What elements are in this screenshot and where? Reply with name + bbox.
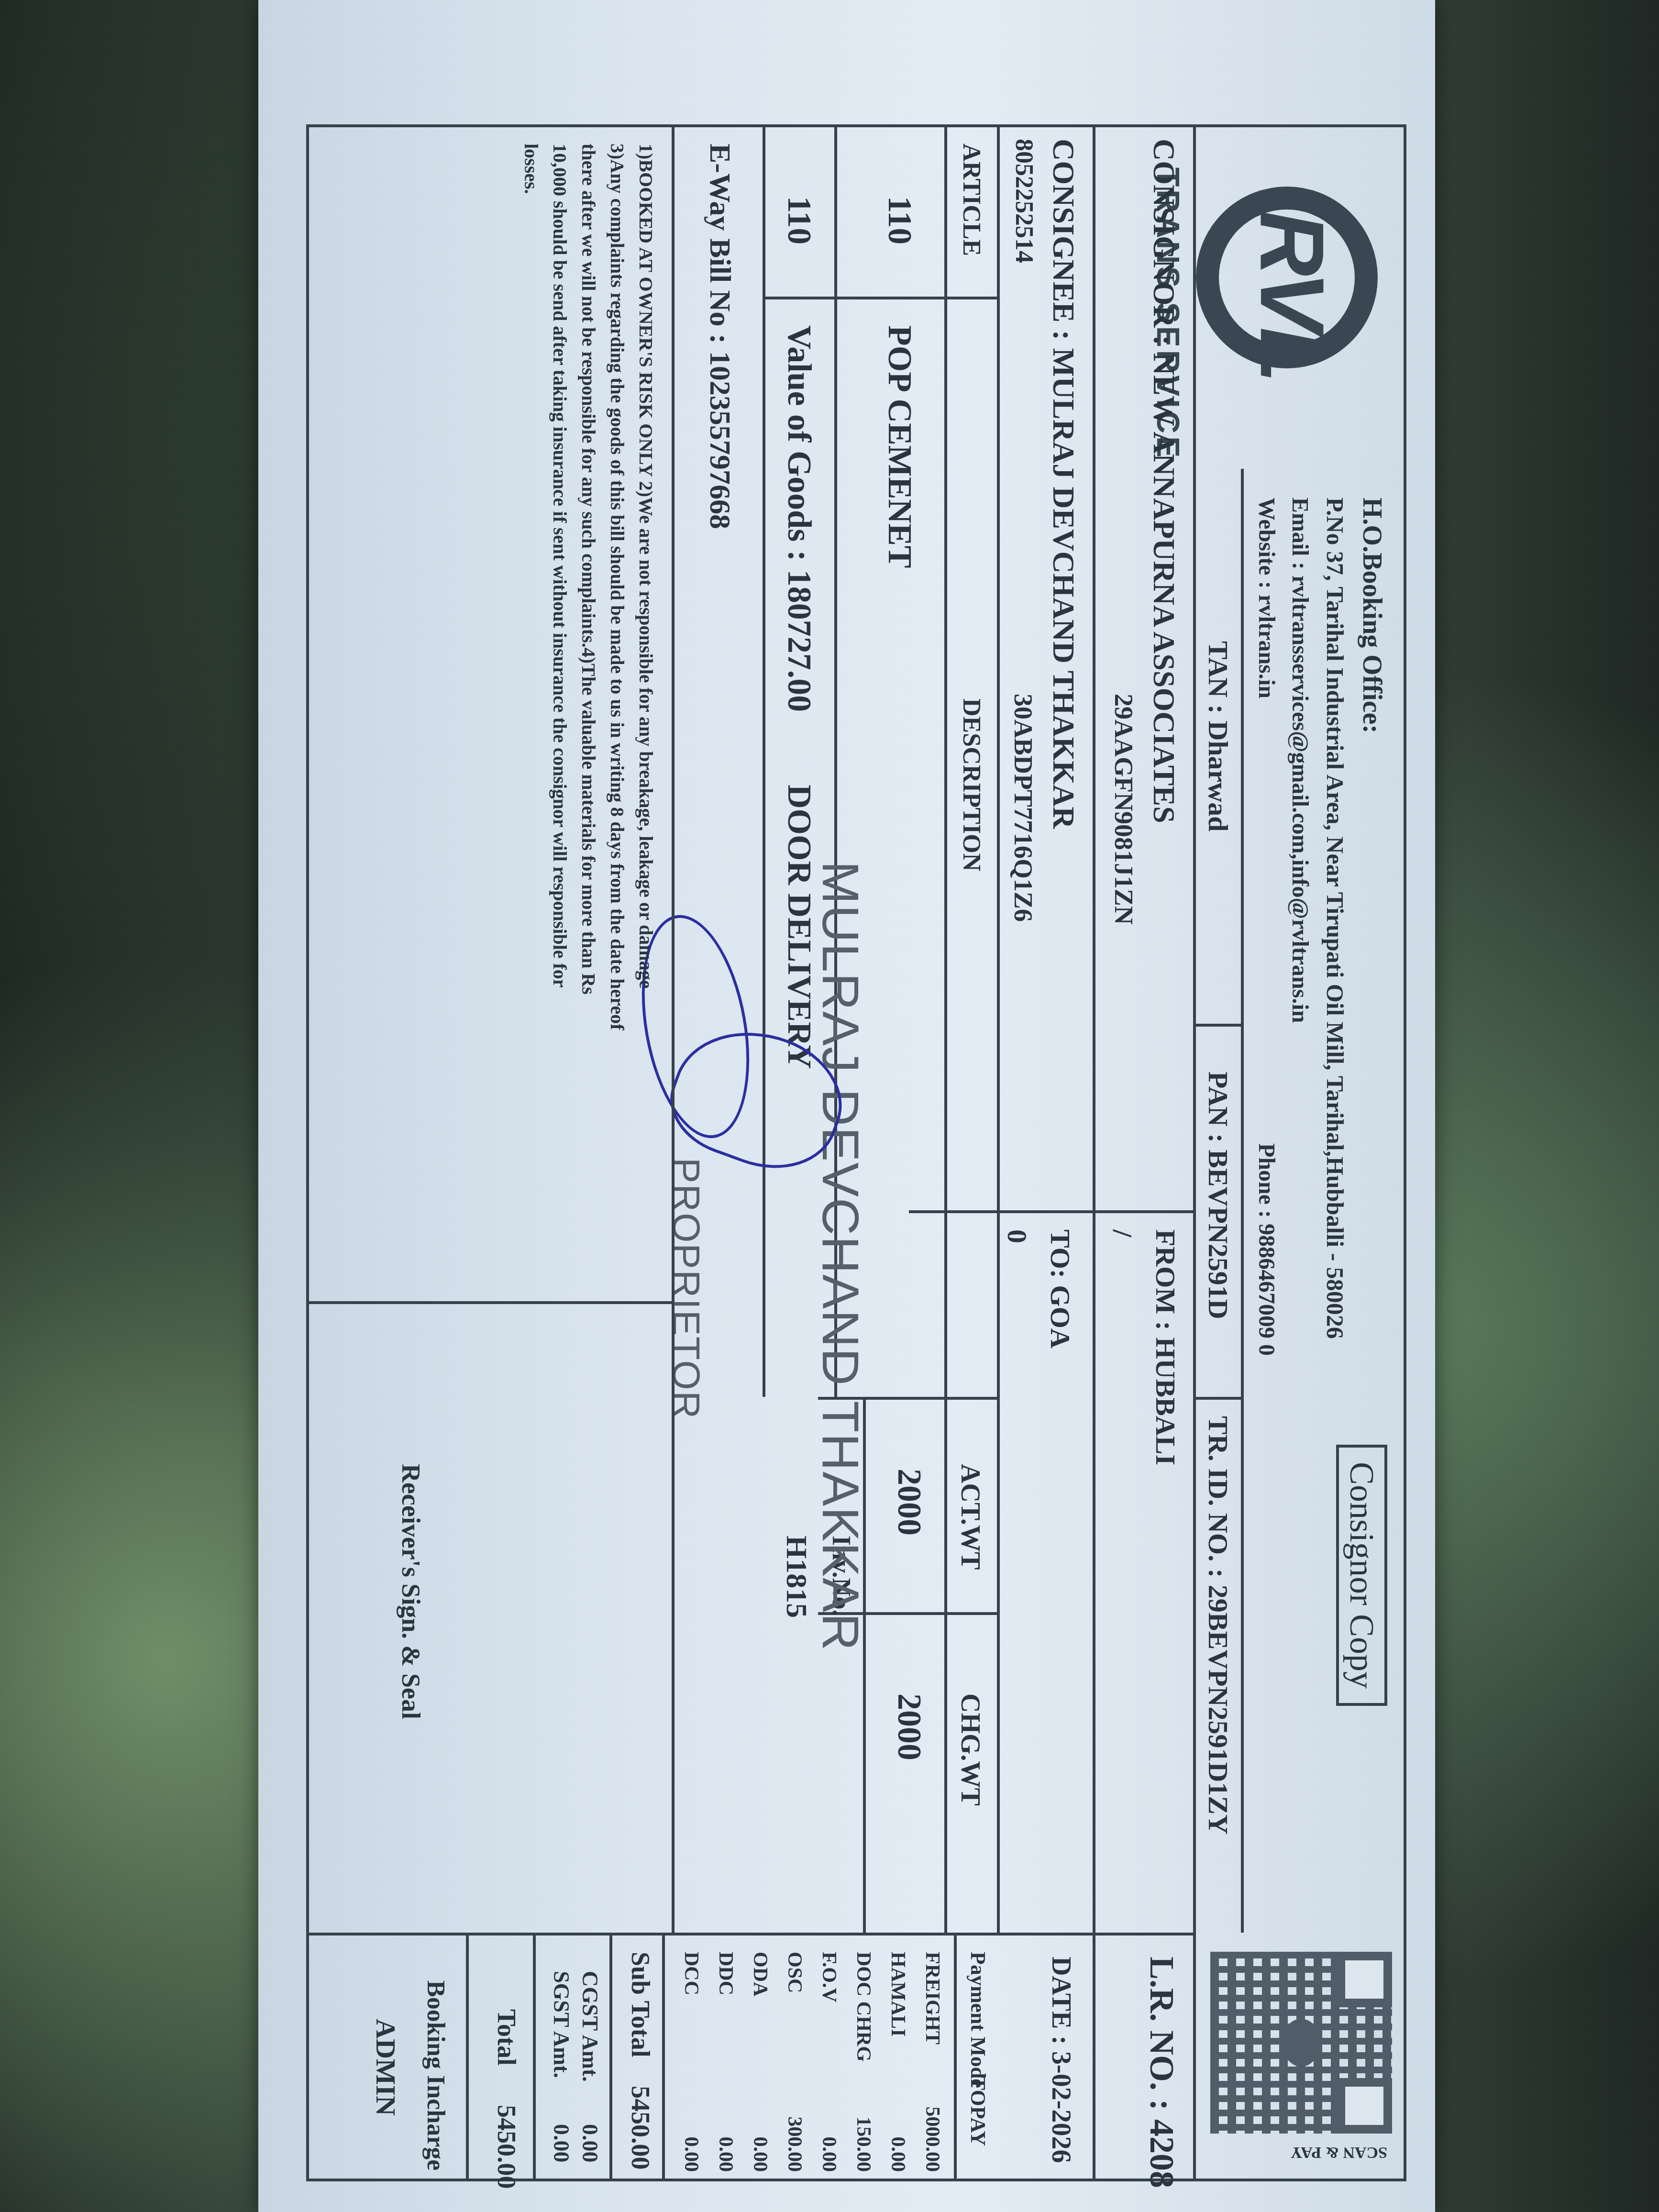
charge-amount: 150.00 — [846, 2117, 881, 2172]
terms-line: losses. — [517, 144, 545, 1030]
terms-line: there after we will not be responsible f… — [574, 144, 603, 1030]
booking-incharge-label: Booking Incharge — [421, 1980, 450, 2170]
logo-text: RVL — [1240, 210, 1344, 378]
divider — [306, 1933, 1072, 1935]
charge-label: F.O.V — [812, 1952, 846, 2002]
payment-mode-value: TOPAY — [966, 2076, 990, 2146]
charge-amount: 300.00 — [777, 2117, 812, 2172]
terms-line: 10,000 should be send after taking insur… — [545, 144, 574, 1030]
divider — [1193, 124, 1196, 2181]
charge-row: OSC300.00 — [777, 1952, 812, 2172]
header-description: DESCRIPTION — [957, 698, 985, 871]
payment-mode-label: Payment Mode — [966, 1952, 990, 2088]
pan-number: PAN : BEVPN2591D — [1202, 1072, 1234, 1319]
charge-amount: 0.00 — [674, 2137, 708, 2172]
header-act-wt: ACT.WT — [955, 1464, 985, 1570]
consignee-gstin: 30ABDPT7716Q1Z6 — [1008, 694, 1038, 922]
divider — [1196, 1024, 1244, 1027]
header-article: ARTICLE — [957, 144, 985, 256]
cgst-amount: 0.00 — [577, 2124, 603, 2163]
charge-label: OSC — [777, 1952, 812, 1993]
charges-list: FREIGHT5000.00HAMALI0.00DOC CHRG150.00F.… — [674, 1952, 950, 2172]
divider — [1093, 124, 1095, 2181]
total-label: Total — [492, 2009, 521, 2066]
row-act-wt: 2000 — [890, 1469, 928, 1536]
divider — [837, 297, 1000, 299]
lorry-receipt-document: RVL TRANS SERVICE H.O.Booking Office: P.… — [306, 124, 1406, 2181]
divider — [1196, 1397, 1244, 1400]
terms-line: 1)BOOKED AT OWNER'S RISK ONLY 2)We are n… — [631, 144, 660, 1030]
divider — [533, 1933, 536, 2181]
divider — [1241, 469, 1244, 1933]
divider — [763, 124, 765, 1397]
value-of-goods: Value of Goods : 180727.00 — [780, 325, 818, 712]
consignee-phone: 8052252514 — [1010, 139, 1038, 263]
divider — [466, 1933, 469, 2181]
sub-total-amount: 5450.00 — [626, 2086, 655, 2170]
charge-label: FREIGHT — [915, 1952, 950, 2045]
divider — [765, 297, 837, 299]
sgst-label: SGST Amt. — [549, 1971, 574, 2078]
charge-label: DOC CHRG — [846, 1952, 881, 2062]
divider — [662, 1933, 665, 2181]
charge-row: DCC0.00 — [674, 1952, 708, 2172]
lorry-receipt-paper: RVL TRANS SERVICE H.O.Booking Office: P.… — [258, 0, 1435, 2212]
eway-bill-number: E-Way Bill No : 102355797668 — [703, 144, 737, 529]
charge-amount: 0.00 — [881, 2137, 915, 2172]
head-office-phone: Phone : 9886467009 0 — [1253, 1143, 1280, 1356]
sub-total-label: Sub Total — [626, 1952, 655, 2057]
terms-line: 3)Any complaints regarding the goods of … — [603, 144, 631, 1030]
charge-amount: 0.00 — [812, 2137, 846, 2172]
divider — [1072, 1933, 1196, 1935]
header-chg-wt: CHG.WT — [955, 1693, 985, 1806]
tan-number: TAN : Dharwad — [1202, 641, 1234, 832]
consignee-name: CONSIGNEE : MULRAJ DEVCHAND THAKKAR — [1046, 139, 1081, 829]
qr-caption: SCAN & PAY — [1291, 2143, 1387, 2161]
lr-date: DATE : 3-02-2026 — [1046, 1957, 1076, 2163]
consignor-gstin: 29AAGFN9081J1ZN — [1109, 694, 1139, 925]
charge-amount: 0.00 — [708, 2137, 743, 2172]
value-row-article-count: 110 — [780, 196, 818, 244]
route-from-extra: / — [1106, 1229, 1139, 1237]
charge-row: HAMALI0.00 — [881, 1952, 915, 2172]
divider — [609, 1933, 612, 2181]
divider — [306, 1301, 675, 1304]
head-office-email: Email : rvltransservices@gmail.com,info@… — [1287, 498, 1313, 1023]
charge-amount: 0.00 — [743, 2137, 777, 2172]
charge-label: DCC — [674, 1952, 708, 1995]
head-office-address: P.No 37, Tarihal Industrial Area, Near T… — [1321, 498, 1349, 1339]
divider — [954, 1933, 957, 2181]
cgst-label: CGST Amt. — [577, 1971, 603, 2082]
total-amount: 5450.00 — [492, 2105, 521, 2189]
charge-label: ODA — [743, 1952, 777, 1996]
row-article-count: 110 — [880, 196, 918, 244]
charge-row: DOC CHRG150.00 — [846, 1952, 881, 2172]
charge-label: HAMALI — [881, 1952, 915, 2036]
charge-label: DDC — [708, 1952, 743, 1995]
charge-row: FREIGHT5000.00 — [915, 1952, 950, 2172]
head-office-website: Website : rvltrans.in — [1253, 498, 1280, 698]
proprietor-stamp-title: PROPRIETOR — [664, 1158, 708, 1420]
charge-row: F.O.V0.00 — [812, 1952, 846, 2172]
booking-incharge-name: ADMIN — [370, 2019, 402, 2116]
route-to-extra: 0 — [1001, 1229, 1033, 1243]
receiver-sign-label: Receiver's Sign. & Seal — [396, 1464, 426, 1719]
copy-label-badge: Consignor Copy — [1336, 1445, 1387, 1706]
head-office-label: H.O.Booking Office: — [1357, 498, 1387, 733]
terms-and-conditions: 1)BOOKED AT OWNER'S RISK ONLY 2)We are n… — [517, 144, 660, 1030]
divider — [944, 124, 947, 1933]
upi-logo-icon — [1282, 2019, 1320, 2067]
charge-row: DDC0.00 — [708, 1952, 743, 2172]
row-chg-wt: 2000 — [890, 1693, 928, 1760]
charge-row: ODA0.00 — [743, 1952, 777, 2172]
transporter-id: TR. ID. NO. : 29BEVPN2591D1ZY — [1202, 1416, 1234, 1835]
divider — [997, 124, 1000, 1933]
route-to: TO: GOA — [1044, 1229, 1076, 1349]
lr-number: L.R. NO. : 4208 — [1142, 1957, 1182, 2188]
sgst-amount: 0.00 — [549, 2124, 574, 2163]
route-from: FROM : HUBBALI — [1150, 1229, 1182, 1465]
divider — [909, 1210, 1196, 1213]
divider — [672, 124, 675, 1933]
charge-amount: 5000.00 — [915, 2107, 950, 2172]
payment-qr-code[interactable] — [1210, 1952, 1392, 2134]
row-invoice-no: H1815 — [779, 1536, 813, 1618]
row-description: POP CEMENET — [880, 325, 918, 568]
proprietor-stamp-name: MULRAJ DEVCHAND THAKKAR — [811, 861, 871, 1651]
consignor-name: CONSIGNOR : NEW ANNAPURNA ASSOCIATES — [1146, 139, 1182, 823]
